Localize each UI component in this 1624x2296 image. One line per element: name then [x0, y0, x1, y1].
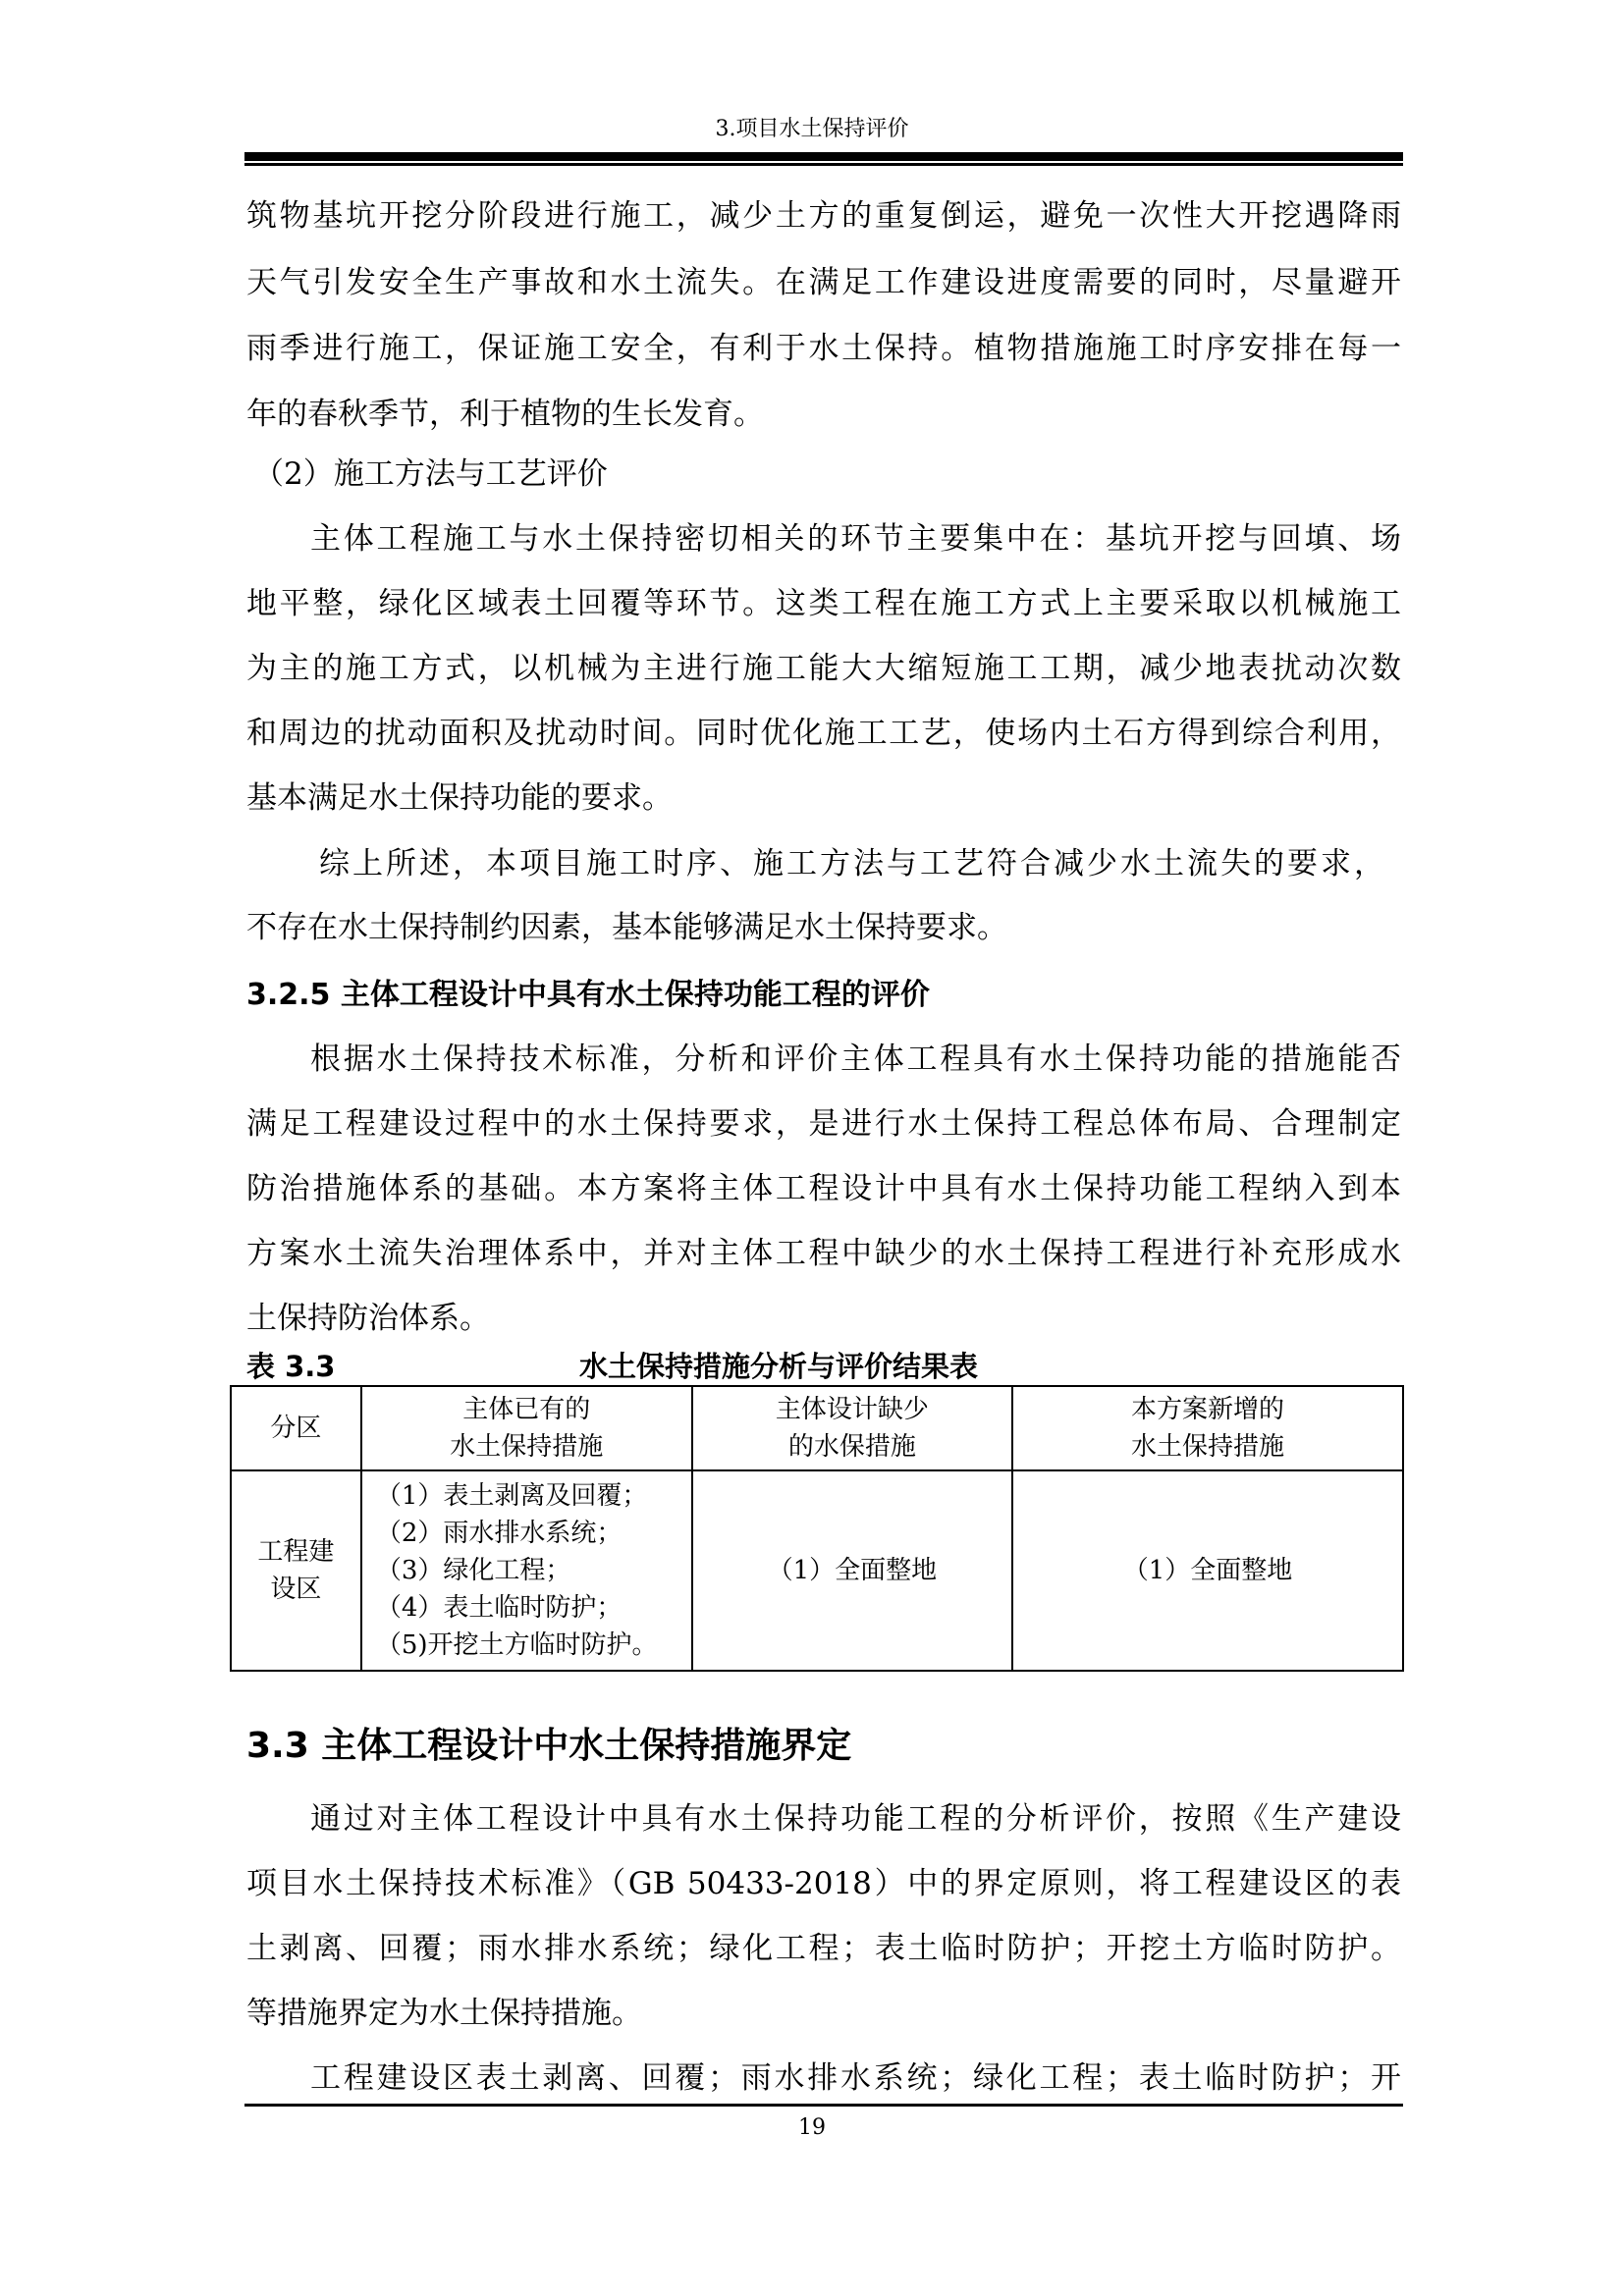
table-header-row: 分区 主体已有的 水土保持措施 主体设计缺少 的水保措施 本方案新增的 水土保持…	[231, 1386, 1403, 1470]
paragraph-line: 根据水土保持技术标准，分析和评价主体工程具有水土保持功能的措施能否	[310, 1040, 1401, 1079]
paragraph-line: 防治措施体系的基础。本方案将主体工程设计中具有水土保持功能工程纳入到本	[246, 1169, 1401, 1208]
cell-added-measures: （1）全面整地	[1012, 1470, 1403, 1671]
paragraph-line: 为主的施工方式，以机械为主进行施工能大大缩短施工工期，减少地表扰动次数	[246, 649, 1401, 688]
table-caption-label: 表 3.3	[246, 1347, 335, 1386]
paragraph-line: 通过对主体工程设计中具有水土保持功能工程的分析评价，按照《生产建设	[310, 1799, 1401, 1839]
table-row: 工程建 设区 （1）表土剥离及回覆； （2）雨水排水系统； （3）绿化工程； （…	[231, 1470, 1403, 1671]
paragraph-line: 筑物基坑开挖分阶段进行施工，减少土方的重复倒运，避免一次性大开挖遇降雨	[246, 196, 1401, 236]
paragraph-line: 等措施界定为水土保持措施。	[246, 1994, 1401, 2033]
paragraph-line: 天气引发安全生产事故和水土流失。在满足工作建设进度需要的同时，尽量避开	[246, 263, 1401, 302]
footer-rule	[244, 2104, 1403, 2107]
running-header: 3.项目水土保持评价	[0, 114, 1624, 145]
paragraph-line: 雨季进行施工，保证施工安全，有利于水土保持。植物措施施工时序安排在每一	[246, 329, 1401, 368]
header-added-measures: 本方案新增的 水土保持措施	[1012, 1386, 1403, 1470]
paragraph-line: 综上所述，本项目施工时序、施工方法与工艺符合减少水土流失的要求，	[319, 844, 1384, 883]
paragraph-line: 满足工程建设过程中的水土保持要求，是进行水土保持工程总体布局、合理制定	[246, 1104, 1401, 1144]
header-rule-thin	[244, 163, 1403, 166]
paragraph-line: 和周边的扰动面积及扰动时间。同时优化施工工艺，使场内土石方得到综合利用，	[246, 714, 1401, 753]
paragraph-line: 地平整，绿化区域表土回覆等环节。这类工程在施工方式上主要采取以机械施工	[246, 584, 1401, 623]
header-missing-measures: 主体设计缺少 的水保措施	[692, 1386, 1012, 1470]
paragraph-line: 主体工程施工与水土保持密切相关的环节主要集中在：基坑开挖与回填、场	[310, 519, 1401, 559]
cell-missing-measures: （1）全面整地	[692, 1470, 1012, 1671]
header-zone: 分区	[231, 1386, 361, 1470]
paragraph-line: 方案水土流失治理体系中，并对主体工程中缺少的水土保持工程进行补充形成水	[246, 1234, 1401, 1273]
paragraph-line: 年的春秋季节，利于植物的生长发育。	[246, 395, 1401, 434]
paragraph-line: 项目水土保持技术标准》（GB 50433-2018）中的界定原则，将工程建设区的…	[246, 1864, 1401, 1903]
paragraph-line: 土保持防治体系。	[246, 1299, 1401, 1338]
paragraph-line: 基本满足水土保持功能的要求。	[246, 778, 1401, 818]
paragraph-line: 工程建设区表土剥离、回覆；雨水排水系统；绿化工程；表土临时防护；开	[310, 2058, 1401, 2098]
section-heading-3-3: 3.3 主体工程设计中水土保持措施界定	[246, 1724, 851, 1769]
measures-table: 分区 主体已有的 水土保持措施 主体设计缺少 的水保措施 本方案新增的 水土保持…	[230, 1385, 1404, 1672]
table-caption-title: 水土保持措施分析与评价结果表	[579, 1347, 978, 1386]
header-rule-thick	[244, 152, 1403, 161]
section-heading-3-2-5: 3.2.5 主体工程设计中具有水土保持功能工程的评价	[246, 976, 930, 1015]
paragraph-line: 不存在水土保持制约因素，基本能够满足水土保持要求。	[246, 908, 1401, 947]
cell-zone: 工程建 设区	[231, 1470, 361, 1671]
header-existing-measures: 主体已有的 水土保持措施	[361, 1386, 692, 1470]
cell-existing-measures: （1）表土剥离及回覆； （2）雨水排水系统； （3）绿化工程； （4）表土临时防…	[361, 1470, 692, 1671]
subsection-heading: （2）施工方法与工艺评价	[253, 454, 1408, 494]
page-number: 19	[0, 2113, 1624, 2143]
paragraph-line: 土剥离、回覆；雨水排水系统；绿化工程；表土临时防护；开挖土方临时防护。	[246, 1929, 1401, 1968]
